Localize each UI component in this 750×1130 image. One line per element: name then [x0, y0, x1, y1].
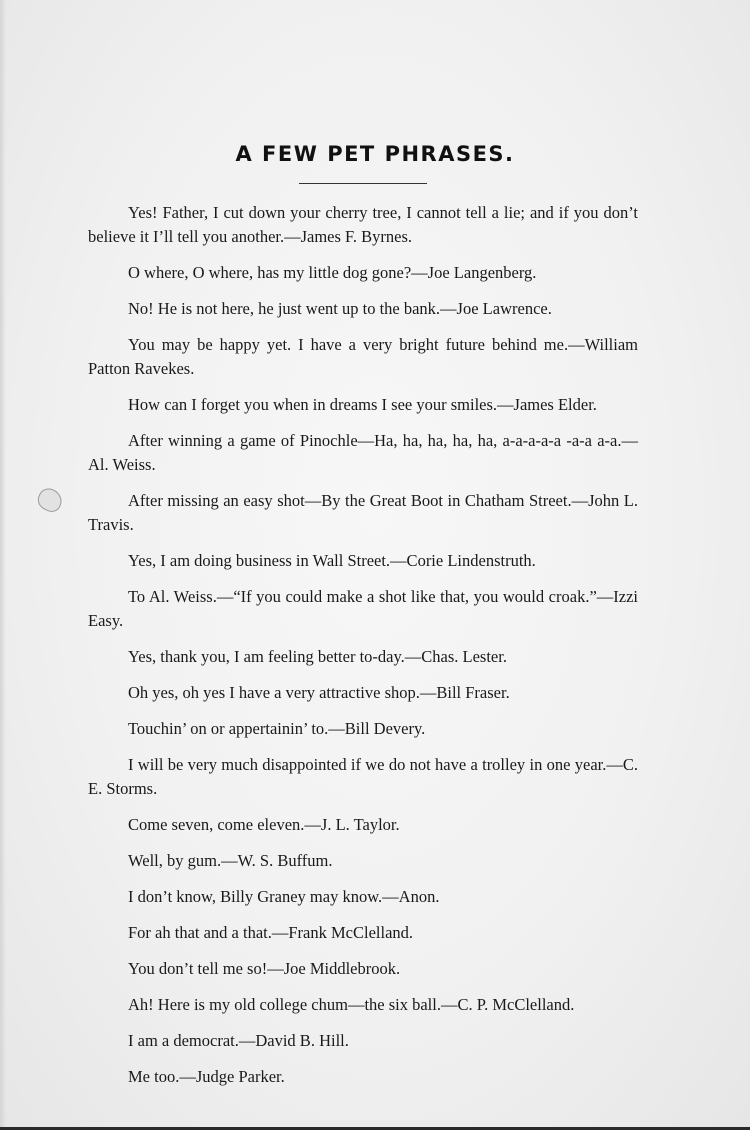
phrase-item: I don’t know, Billy Graney may know.—Ano…: [88, 885, 638, 909]
phrase-item: Me too.—Judge Parker.: [88, 1065, 638, 1089]
phrase-item: After winning a game of Pinochle—Ha, ha,…: [88, 429, 638, 477]
phrase-item: You may be happy yet. I have a very brig…: [88, 333, 638, 381]
page-edge-shadow: [0, 0, 6, 1130]
phrase-item: Yes! Father, I cut down your cherry tree…: [88, 201, 638, 249]
phrase-item: To Al. Weiss.—“If you could make a shot …: [88, 585, 638, 633]
phrase-item: O where, O where, has my little dog gone…: [88, 261, 638, 285]
scanned-page: A FEW PET PHRASES. Yes! Father, I cut do…: [0, 0, 750, 1130]
phrase-list: Yes! Father, I cut down your cherry tree…: [88, 201, 638, 1101]
phrase-item: After missing an easy shot—By the Great …: [88, 489, 638, 537]
phrase-item: I will be very much disappointed if we d…: [88, 753, 638, 801]
phrase-item: I am a democrat.—David B. Hill.: [88, 1029, 638, 1053]
title-rule-divider: [299, 183, 427, 184]
phrase-item: Come seven, come eleven.—J. L. Taylor.: [88, 813, 638, 837]
phrase-item: Yes, I am doing business in Wall Street.…: [88, 549, 638, 573]
phrase-item: How can I forget you when in dreams I se…: [88, 393, 638, 417]
phrase-item: No! He is not here, he just went up to t…: [88, 297, 638, 321]
paper-blemish: [34, 485, 65, 515]
phrase-item: You don’t tell me so!—Joe Middlebrook.: [88, 957, 638, 981]
phrase-item: Touchin’ on or appertainin’ to.—Bill Dev…: [88, 717, 638, 741]
phrase-item: For ah that and a that.—Frank McClelland…: [88, 921, 638, 945]
phrase-item: Well, by gum.—W. S. Buffum.: [88, 849, 638, 873]
phrase-item: Oh yes, oh yes I have a very attractive …: [88, 681, 638, 705]
phrase-item: Ah! Here is my old college chum—the six …: [88, 993, 638, 1017]
page-title: A FEW PET PHRASES.: [0, 142, 750, 166]
phrase-item: Yes, thank you, I am feeling better to-d…: [88, 645, 638, 669]
